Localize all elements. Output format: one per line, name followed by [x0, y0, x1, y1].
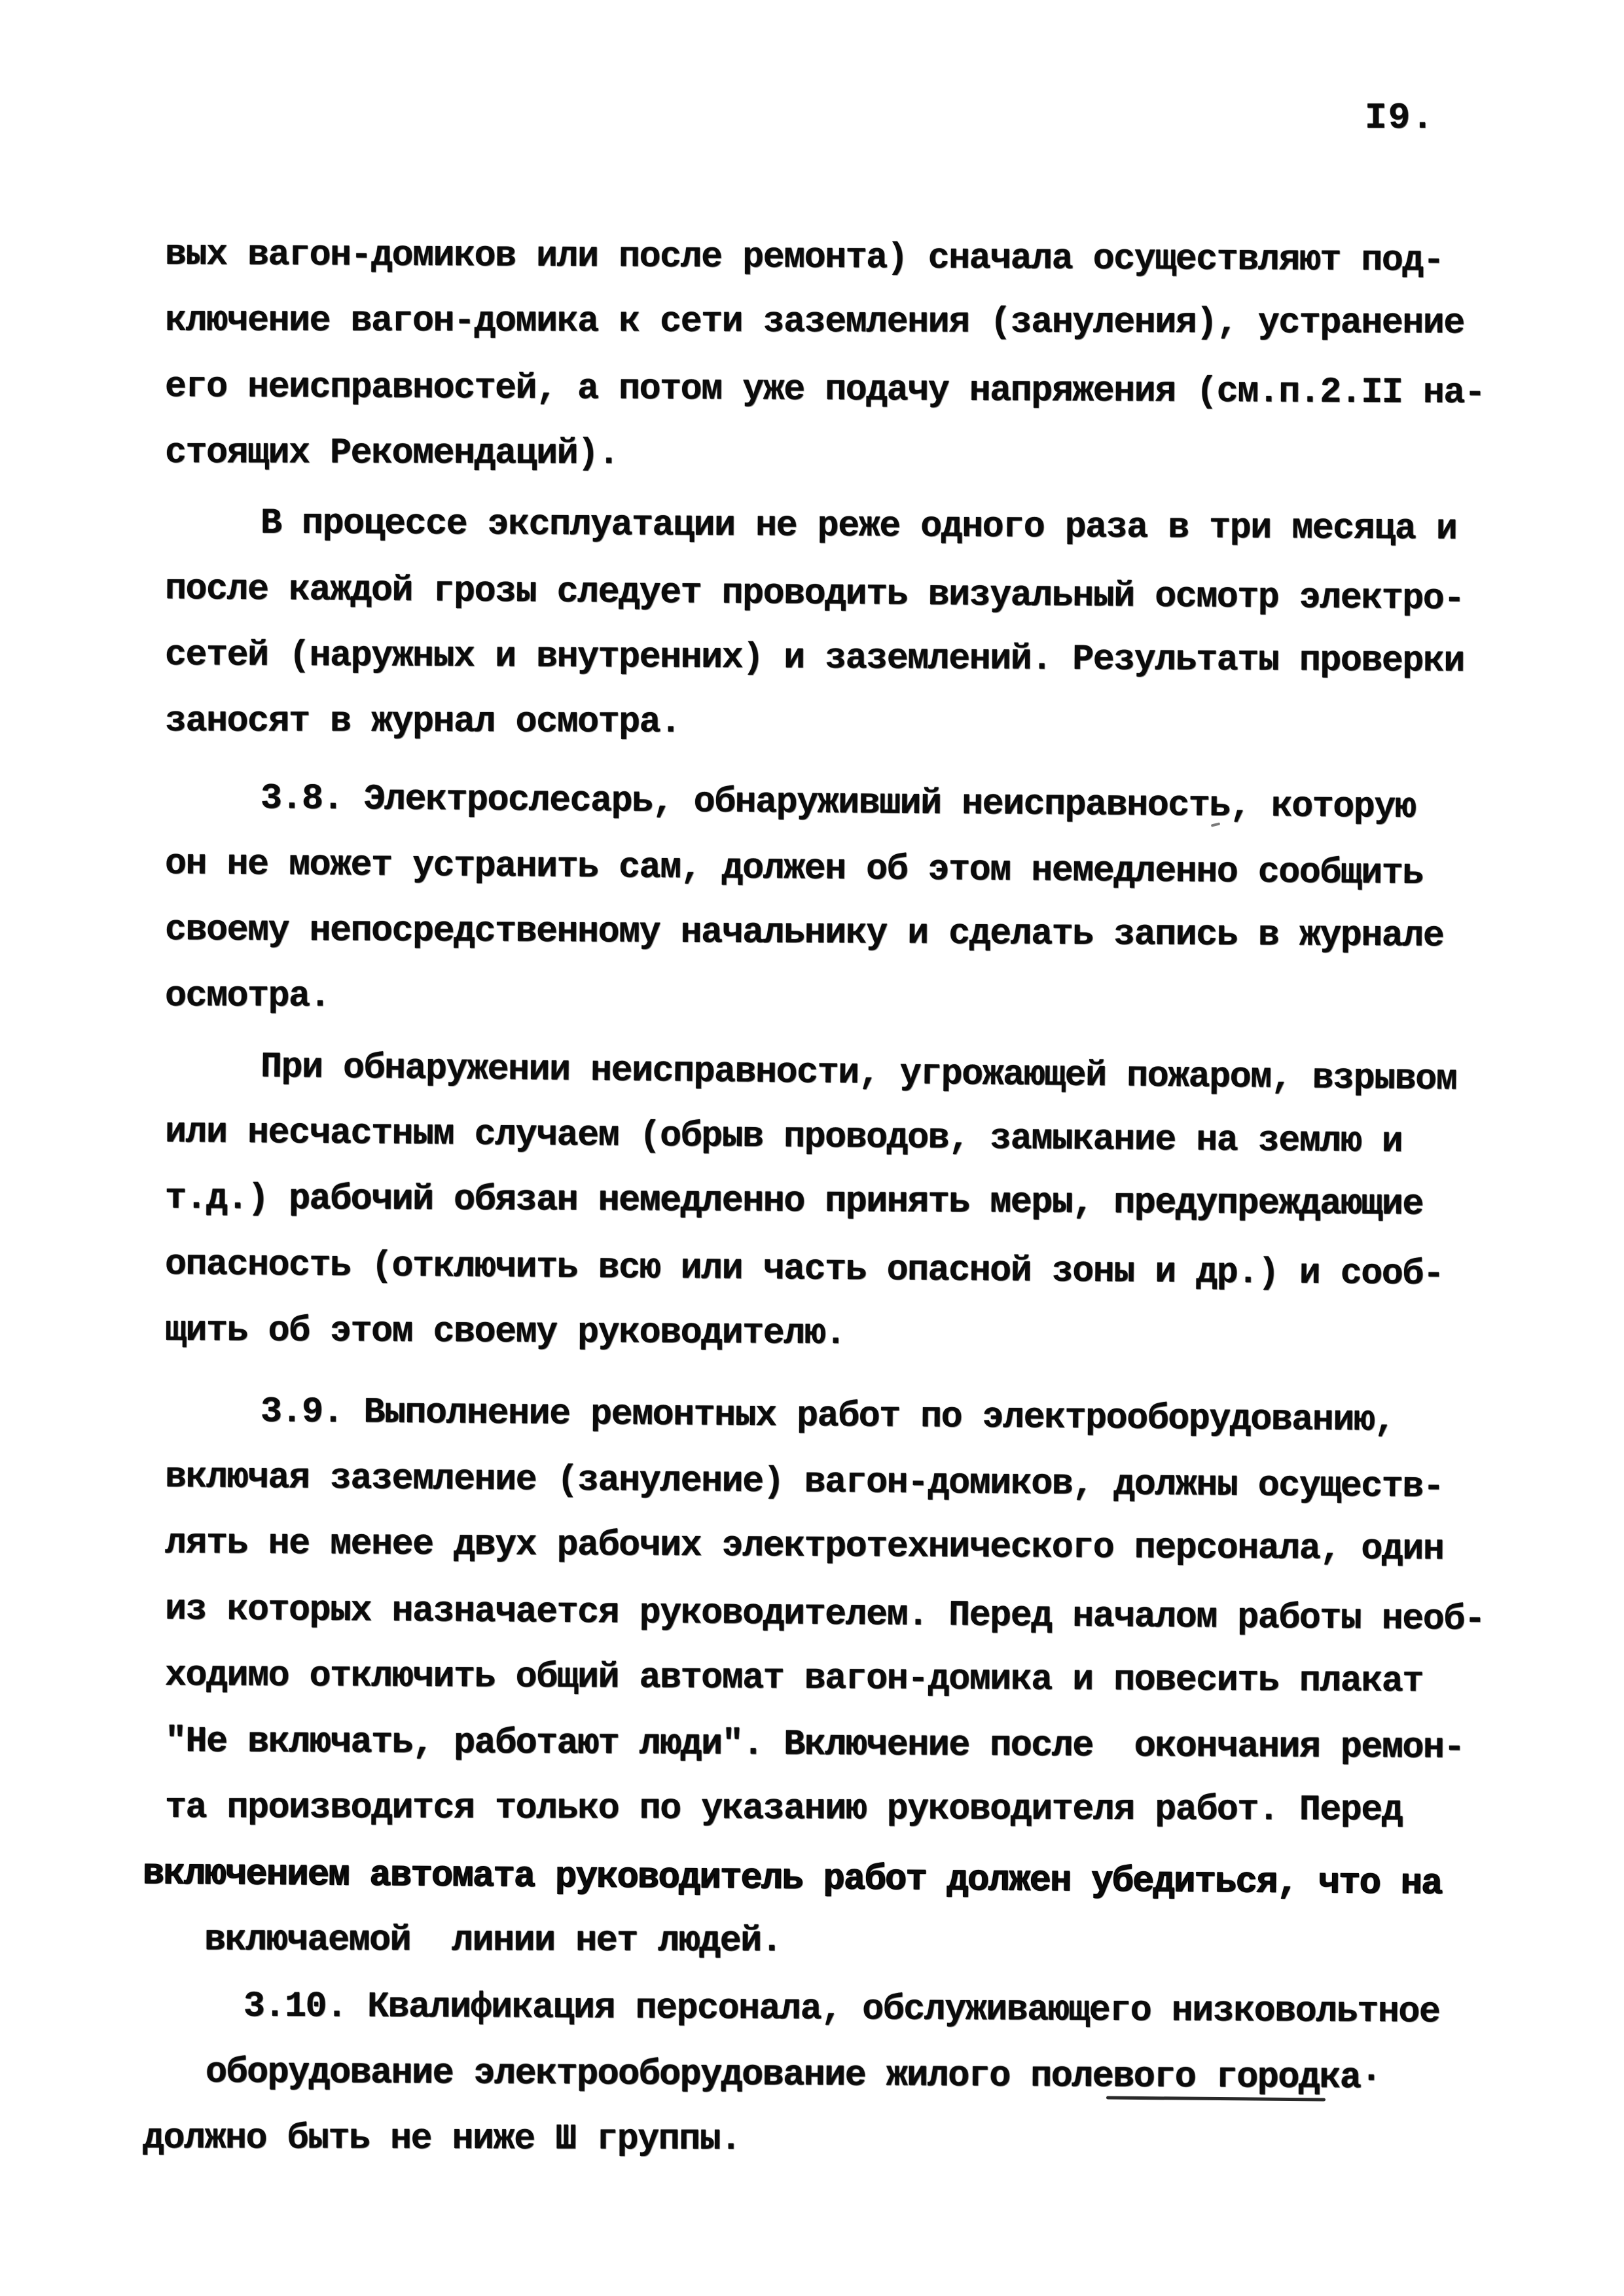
text-line: 3.8. Электрослесарь, обнаруживший неиспр…	[165, 764, 1521, 841]
text-line: сетей (наружных и внутренних) и заземлен…	[165, 622, 1520, 694]
text-line: "Не включать, работают люди". Включение …	[165, 1708, 1520, 1781]
text-line: та производится только по указанию руков…	[165, 1774, 1520, 1843]
document-text: вых вагон-домиков или после ремонта) сна…	[165, 221, 1520, 2171]
text-line: включением автомата руководитель работ д…	[143, 1840, 1521, 1918]
text-line: стоящих Рекомендаций).	[165, 420, 1520, 488]
text-line: ходимо отключить общий автомат вагон-дом…	[165, 1642, 1520, 1715]
text-line: ключение вагон-домика к сети заземления …	[165, 287, 1520, 356]
text-line: вых вагон-домиков или после ремонта) сна…	[165, 221, 1520, 294]
text-line: после каждой грозы следует проводить виз…	[165, 556, 1521, 632]
text-line: 3.10. Квалификация персонала, обслуживаю…	[165, 1973, 1520, 2045]
text-line: из которых назначается руководителем. Пе…	[165, 1576, 1521, 1653]
text-line: включаемой линии нет людей.	[165, 1907, 1520, 1975]
text-line: или несчастным случаем (обрыв проводов, …	[165, 1099, 1521, 1175]
text-line: 3.9. Выполнение ремонтных работ по элект…	[165, 1378, 1521, 1454]
text-line: его неисправностей, а потом уже подачу н…	[165, 353, 1520, 426]
text-line: В процессе эксплуатации не реже одного р…	[165, 490, 1520, 562]
text-line: должно быть не ниже Ш группы.	[143, 2105, 1520, 2174]
text-line: осмотра.	[165, 963, 1520, 1031]
text-line: щить об этом своему руководителю.	[165, 1297, 1520, 1370]
document-page: I9. вых вагон-домиков или после ремонта)…	[0, 0, 1624, 2296]
text-line: заносят в журнал осмотра.	[165, 688, 1520, 757]
text-line: т.д.) рабочий обязан немедленно принять …	[165, 1165, 1520, 1238]
text-line: своему непосредственному начальнику и сд…	[165, 897, 1520, 969]
page-number: I9.	[1365, 97, 1435, 139]
text-line: включая заземление (зануление) вагон-дом…	[165, 1444, 1521, 1520]
text-line: он не может устранить сам, должен об это…	[165, 831, 1521, 907]
text-line: опасность (отключить всю или часть опасн…	[165, 1231, 1521, 1308]
text-line: лять не менее двух рабочих электротехнич…	[165, 1510, 1520, 1583]
